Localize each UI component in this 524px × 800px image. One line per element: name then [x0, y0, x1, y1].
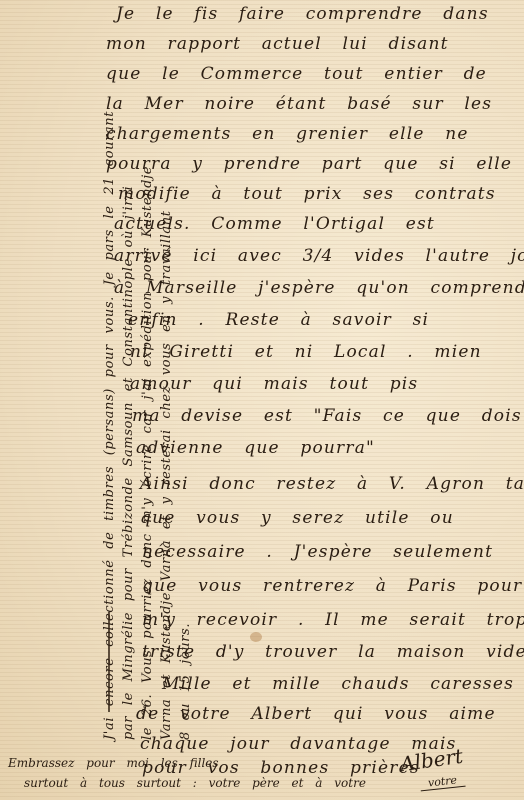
letter-line: que vous y serez utile ou	[140, 508, 454, 528]
letter-line: de votre Albert qui vous aime	[136, 704, 496, 724]
signature-flourish: votre	[419, 773, 465, 792]
letter-line: à Marseille j'espère qu'on comprendra	[114, 278, 524, 298]
letter-line: chargements en grenier elle ne	[106, 124, 469, 144]
letter-line: actuels. Comme l'Ortigal est	[114, 214, 435, 234]
letter-line: modifie à tout prix ses contrats	[118, 184, 496, 204]
letter-line: enfin . Reste à savoir si	[128, 310, 429, 330]
margin-note: J'ai encore collectionné de timbres (per…	[0, 0, 110, 760]
letter-page: J'ai encore collectionné de timbres (per…	[0, 0, 524, 800]
letter-line: arrivé ici avec 3/4 vides l'autre jour	[114, 246, 524, 266]
letter-line: Je le fis faire comprendre dans	[116, 4, 489, 24]
letter-line: triste d'y trouver la maison vide	[142, 642, 524, 662]
letter-line: la Mer noire étant basé sur les	[106, 94, 492, 114]
letter-line: que vous rentrerez à Paris pour	[142, 576, 522, 596]
letter-line: advienne que pourra"	[136, 438, 375, 458]
ink-stain	[250, 632, 262, 642]
letter-line: pourra y prendre part que si elle	[106, 154, 512, 174]
postscript-line: surtout à tous surtout : votre père et à…	[24, 776, 366, 790]
letter-line: amour qui mais tout pis	[130, 374, 418, 394]
letter-line: Mille et mille chauds caresses	[162, 674, 514, 694]
letter-line: mon rapport actuel lui disant	[106, 34, 449, 54]
letter-line: ni Giretti et ni Local . mien	[130, 342, 482, 362]
letter-line: que le Commerce tout entier de	[106, 64, 487, 84]
letter-line: Ainsi donc restez à V. Agron tant	[140, 474, 524, 494]
margin-divider-line	[108, 612, 110, 712]
postscript-line: Embrassez pour moi les filles	[8, 756, 219, 770]
letter-line: nécessaire . J'espère seulement	[142, 542, 493, 562]
letter-line: ma devise est "Fais ce que dois	[132, 406, 522, 426]
letter-line: m'y recevoir . Il me serait trop	[142, 610, 524, 630]
